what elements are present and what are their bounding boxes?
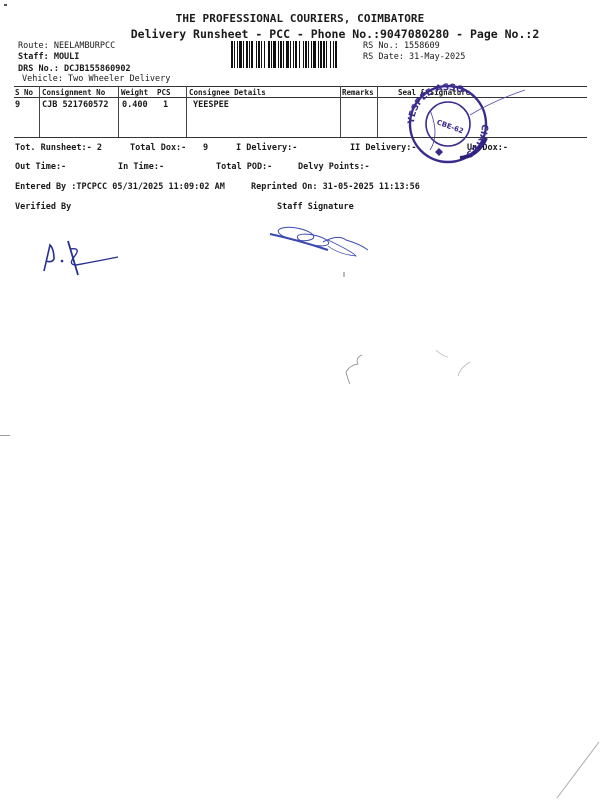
scan-mark xyxy=(343,272,345,277)
total-dox-label: Total Dox:- xyxy=(130,143,186,153)
svg-text:CBE-62: CBE-62 xyxy=(436,118,465,135)
handwritten-signature-icon xyxy=(268,222,378,262)
company-seal-stamp: YESPEE ASSO CIATES CBE-62 xyxy=(400,80,500,166)
tot-runsheet: Tot. Runsheet:- 2 xyxy=(15,143,102,153)
verified-by-label: Verified By xyxy=(15,202,71,212)
staff-signature xyxy=(268,222,378,266)
cell-consignment-no: CJB 521760572 xyxy=(42,100,109,110)
col-header-sno: S No xyxy=(15,88,33,97)
faint-ink-mark xyxy=(320,350,500,399)
handwritten-signature-icon xyxy=(38,235,123,280)
seal-stamp-icon: YESPEE ASSO CIATES CBE-62 xyxy=(400,80,530,170)
delvy-points: Delvy Points:- xyxy=(298,162,370,172)
column-divider xyxy=(377,86,378,137)
cell-sno: 9 xyxy=(15,100,20,110)
staff-label: Staff: MOULI xyxy=(18,52,79,62)
company-title: THE PROFESSIONAL COURIERS, COIMBATORE xyxy=(0,12,600,25)
col-header-consignment: Consignment No xyxy=(42,88,105,97)
in-time: In Time:- xyxy=(118,162,164,172)
column-divider xyxy=(118,86,119,137)
staff-signature-label: Staff Signature xyxy=(277,202,354,212)
total-dox-value: 9 xyxy=(203,143,208,153)
verifier-signature xyxy=(38,235,123,284)
cell-pcs: 1 xyxy=(163,100,168,110)
scan-mark xyxy=(4,4,7,6)
i-delivery: I Delivery:- xyxy=(236,143,297,153)
cell-consignee: YEESPEE xyxy=(193,100,229,110)
total-pod: Total POD:- xyxy=(216,162,272,172)
cell-weight: 0.400 xyxy=(122,100,148,110)
col-header-remarks: Remarks xyxy=(342,88,374,97)
rs-date: RS Date: 31-May-2025 xyxy=(363,52,465,62)
barcode xyxy=(231,41,349,68)
route-label: Route: NEELAMBURPCC xyxy=(18,41,115,51)
scan-mark xyxy=(0,435,10,436)
column-divider xyxy=(186,86,187,137)
col-header-weight: Weight xyxy=(121,88,148,97)
reprinted-on: Reprinted On: 31-05-2025 11:13:56 xyxy=(251,182,420,192)
col-header-pcs: PCS xyxy=(157,88,171,97)
runsheet-title: Delivery Runsheet - PCC - Phone No.:9047… xyxy=(0,27,600,41)
column-divider xyxy=(39,86,40,137)
drs-number: DRS No.: DCJB155860902 xyxy=(18,64,131,74)
page-corner-fold xyxy=(555,740,600,800)
column-divider xyxy=(340,86,341,137)
rs-number: RS No.: 1558609 xyxy=(363,41,440,51)
vehicle-label: Vehicle: Two Wheeler Delivery xyxy=(22,74,170,84)
entered-by: Entered By :TPCPCC 05/31/2025 11:09:02 A… xyxy=(15,182,225,192)
col-header-consignee: Consignee Details xyxy=(189,88,266,97)
out-time: Out Time:- xyxy=(15,162,66,172)
